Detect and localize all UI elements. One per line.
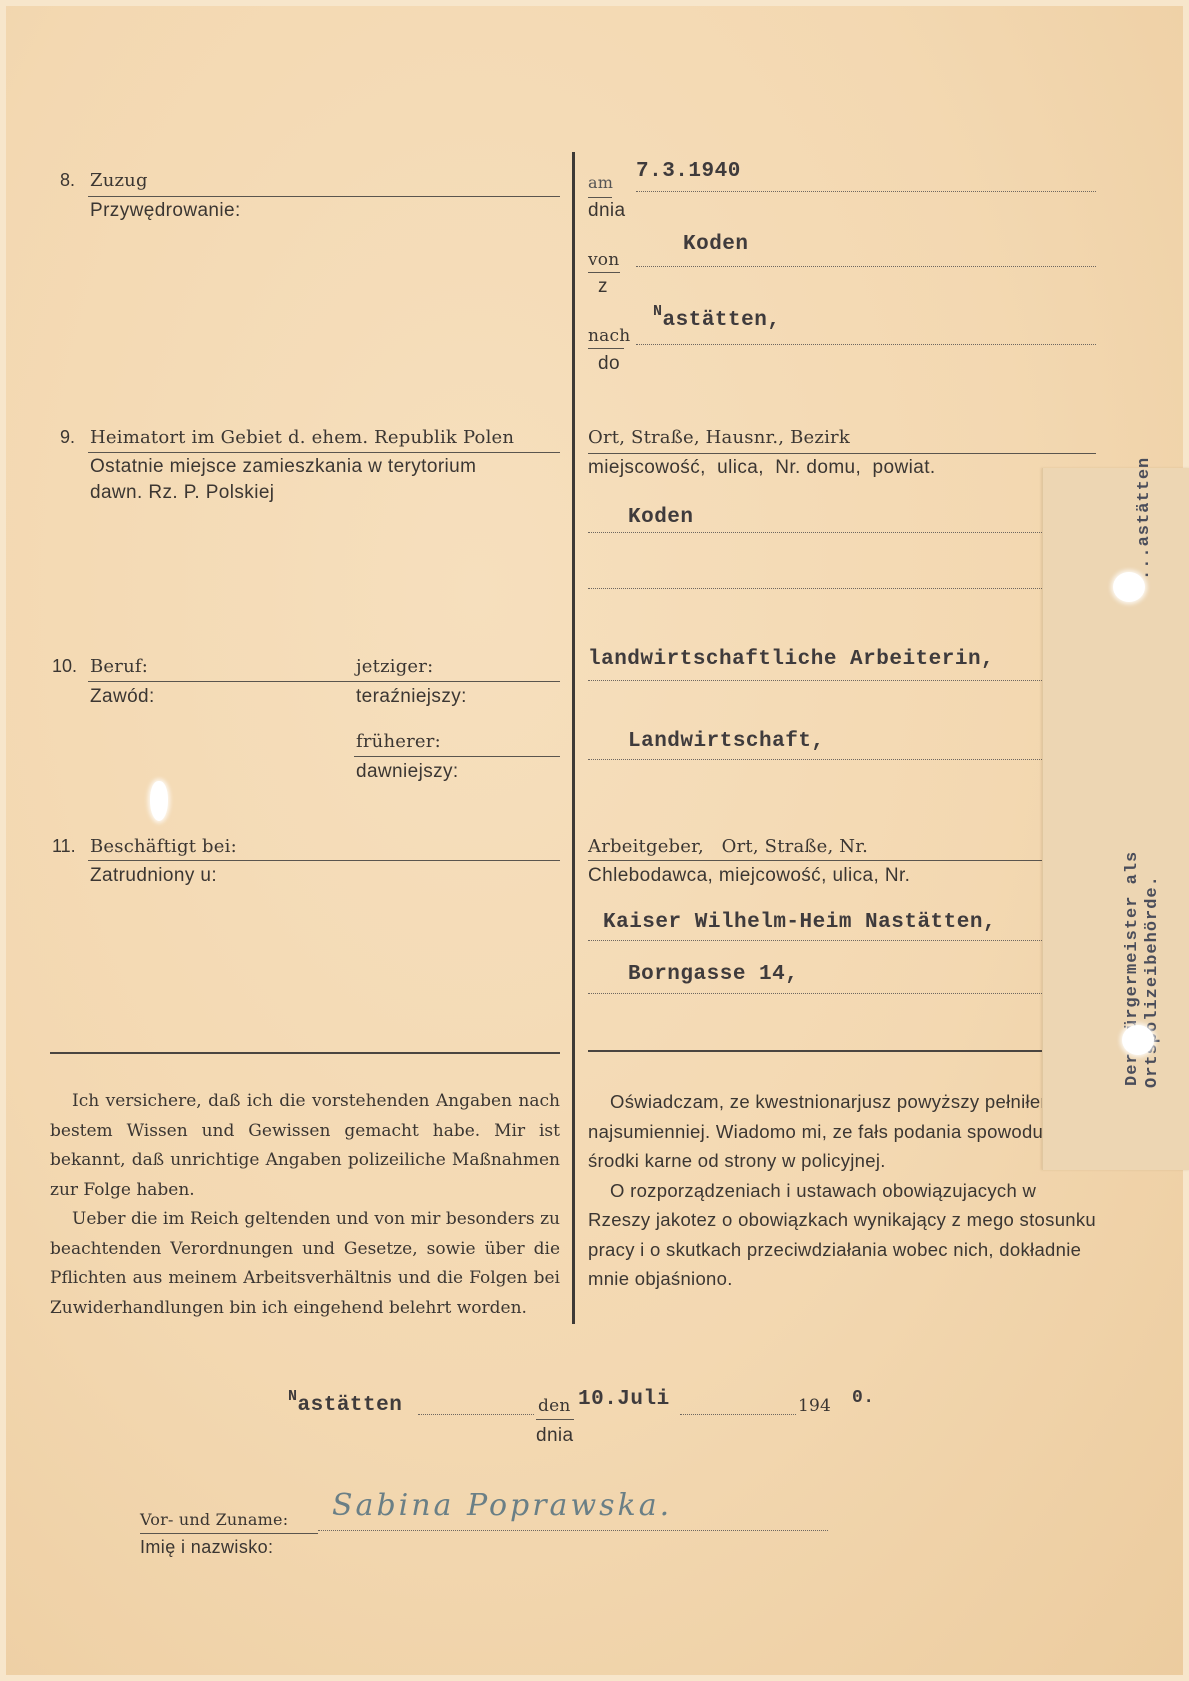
to-place-dotline [636,344,1096,345]
name-label-de: Vor- und Zuname: [140,1510,288,1529]
signing-date-label-rule [536,1419,574,1420]
to-place-rest: astätten, [663,309,781,332]
section9-label-pl-2: dawn. Rz. P. Polskiej [90,482,274,504]
current-occupation-label-pl: teraźniejszy: [356,686,467,708]
section8-label-de: Zuzug [90,170,148,191]
signing-date-dotline [680,1414,796,1415]
arrival-date-label-de: am [588,173,613,192]
home-address-dotline-1 [588,532,1042,533]
section8-rule [88,196,560,197]
employer-dotline-1 [588,940,1042,941]
column-divider [572,152,575,1324]
paper-tear-left [150,781,168,821]
section8-number: 8. [60,170,75,191]
section10-rule [88,681,560,682]
declaration-de: Ich versichere, daß ich die vorstehenden… [50,1087,560,1323]
section9-number: 9. [60,427,75,448]
to-label-de: nach [588,326,630,346]
employer-rule [588,860,1042,861]
former-occupation-label-de: früherer: [356,731,441,752]
declaration-de-para1: Ich versichere, daß ich die vorstehenden… [50,1087,560,1205]
to-label-pl: do [598,353,620,375]
signature-dotline [318,1530,828,1531]
name-label-rule [140,1533,318,1534]
former-occupation-dotline [588,759,1042,760]
current-occupation-dotline [588,680,1042,681]
stamp-line-2: Ortspolizeibehörde. [1143,875,1162,1088]
signing-place-rest: astätten [298,1394,403,1417]
signing-place-dotline [418,1414,534,1415]
name-label-pl: Imię i nazwisko: [140,1537,273,1558]
punch-hole-top [1113,572,1145,602]
signing-date-value: 10.Juli [578,1388,670,1411]
arrival-date-label-pl: dnia [588,200,626,222]
from-label-pl: z [598,276,608,298]
section10-label-pl: Zawód: [90,686,155,708]
home-address-label-de: Ort, Straße, Hausnr., Bezirk [588,427,850,448]
arrival-date-label-rule [588,197,612,198]
declaration-pl-para1: Oświadczam, ze kwestnionarjusz powyższy … [588,1087,1098,1176]
to-place-value: Nastätten, [653,303,780,332]
declaration-pl-para2: O rozporządzeniach i ustawach obowiązuja… [588,1176,1098,1294]
punch-hole-bottom [1122,1025,1154,1055]
signing-date-label-pl: dnia [536,1425,574,1447]
section10-number: 10. [52,656,77,677]
left-declaration-separator [50,1052,560,1054]
from-place-value: Koden [683,233,749,256]
handwritten-signature: Sabina Poprawska. [332,1488,672,1523]
section10-label-de: Beruf: [90,656,148,677]
section11-number: 11. [52,836,76,857]
current-occupation-value: landwirtschaftliche Arbeiterin, [588,648,994,671]
section9-label-pl-1: Ostatnie miejsce zamieszkania w terytori… [90,456,476,478]
section11-rule [88,860,560,861]
home-address-label-pl: miejscowość, ulica, Nr. domu, powiat. [588,457,936,479]
section9-rule [88,452,560,453]
to-label-rule [588,348,624,349]
former-occupation-label-pl: dawniejszy: [356,761,459,783]
employer-dotline-2 [588,993,1042,994]
home-address-rule [588,453,1096,454]
signing-place-initial: N [288,1388,298,1405]
declaration-de-para2: Ueber die im Reich geltenden und von mir… [50,1205,560,1323]
former-occupation-rule [354,756,560,757]
signing-date-label-de: den [538,1396,571,1416]
employer-label-de: Arbeitgeber, Ort, Straße, Nr. [588,836,868,857]
from-place-dotline [636,266,1096,267]
from-label-de: von [588,250,619,270]
current-occupation-label-de: jetziger: [356,656,433,677]
employer-line-2: Borngasse 14, [628,963,798,986]
to-place-initial: N [653,303,663,320]
section11-label-de: Beschäftigt bei: [90,836,237,857]
signing-place: Nastätten [288,1388,402,1417]
arrival-date-value: 7.3.1940 [636,160,741,183]
attached-stamp-slip: ...astätten Der Bürgermeister als Ortspo… [1042,468,1189,1170]
section11-label-pl: Zatrudniony u: [90,865,217,887]
signing-year-suffix: 0. [852,1388,875,1408]
employer-line-1: Kaiser Wilhelm-Heim Nastätten, [603,911,996,934]
home-address-value: Koden [628,506,694,529]
home-address-dotline-2 [588,588,1042,589]
signing-year-prefix: 194 [798,1396,831,1416]
section9-label-de: Heimatort im Gebiet d. ehem. Republik Po… [90,427,514,448]
arrival-date-dotline [636,191,1096,192]
stamp-top-text: ...astätten [1135,457,1154,580]
employer-label-pl: Chlebodawca, miejcowość, ulica, Nr. [588,865,910,887]
former-occupation-value: Landwirtschaft, [628,730,825,753]
section8-label-pl: Przywędrowanie: [90,200,241,222]
from-label-rule [588,272,620,273]
declaration-pl: Oświadczam, ze kwestnionarjusz powyższy … [588,1087,1098,1294]
right-declaration-separator [588,1050,1042,1052]
